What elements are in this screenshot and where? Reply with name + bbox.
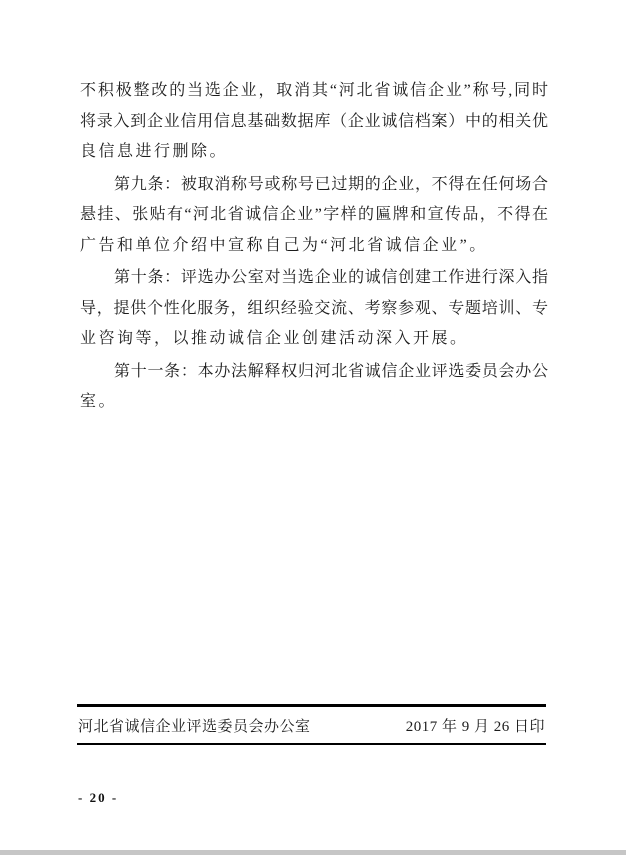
body-line: 第九条：被取消称号或称号已过期的企业，不得在任何场合 xyxy=(80,170,548,201)
document-page: 不积极整改的当选企业，取消其“河北省诚信企业”称号,同时 将录入到企业信用信息基… xyxy=(0,0,626,855)
document-body: 不积极整改的当选企业，取消其“河北省诚信企业”称号,同时 将录入到企业信用信息基… xyxy=(80,76,548,418)
paragraph: 第九条：被取消称号或称号已过期的企业，不得在任何场合 悬挂、张贴有“河北省诚信企… xyxy=(80,170,548,262)
body-line: 悬挂、张贴有“河北省诚信企业”字样的匾牌和宣传品，不得在 xyxy=(80,200,548,231)
body-line: 将录入到企业信用信息基础数据库（企业诚信档案）中的相关优 xyxy=(80,107,548,138)
paragraph: 第十条：评选办公室对当选企业的诚信创建工作进行深入指 导，提供个性化服务，组织经… xyxy=(80,263,548,355)
footer: 河北省诚信企业评选委员会办公室 2017 年 9 月 26 日印 xyxy=(77,704,546,745)
paragraph: 第十一条：本办法解释权归河北省诚信企业评选委员会办公 室。 xyxy=(80,357,548,418)
body-line: 第十条：评选办公室对当选企业的诚信创建工作进行深入指 xyxy=(80,263,548,294)
body-line: 第十一条：本办法解释权归河北省诚信企业评选委员会办公 xyxy=(80,357,548,388)
body-line: 良信息进行删除。 xyxy=(80,137,548,168)
body-line: 广告和单位介绍中宣称自己为“河北省诚信企业”。 xyxy=(80,231,548,262)
page-number: - 20 - xyxy=(78,790,118,806)
scan-edge-bottom xyxy=(0,850,626,855)
footer-print-date: 2017 年 9 月 26 日印 xyxy=(406,715,545,736)
body-line: 不积极整改的当选企业，取消其“河北省诚信企业”称号,同时 xyxy=(80,76,548,107)
body-line: 业咨询等，以推动诚信企业创建活动深入开展。 xyxy=(80,324,548,355)
footer-issuer: 河北省诚信企业评选委员会办公室 xyxy=(78,715,311,736)
body-line: 导，提供个性化服务，组织经验交流、考察参观、专题培训、专 xyxy=(80,294,548,325)
body-line: 室。 xyxy=(80,387,548,418)
paragraph: 不积极整改的当选企业，取消其“河北省诚信企业”称号,同时 将录入到企业信用信息基… xyxy=(80,76,548,168)
